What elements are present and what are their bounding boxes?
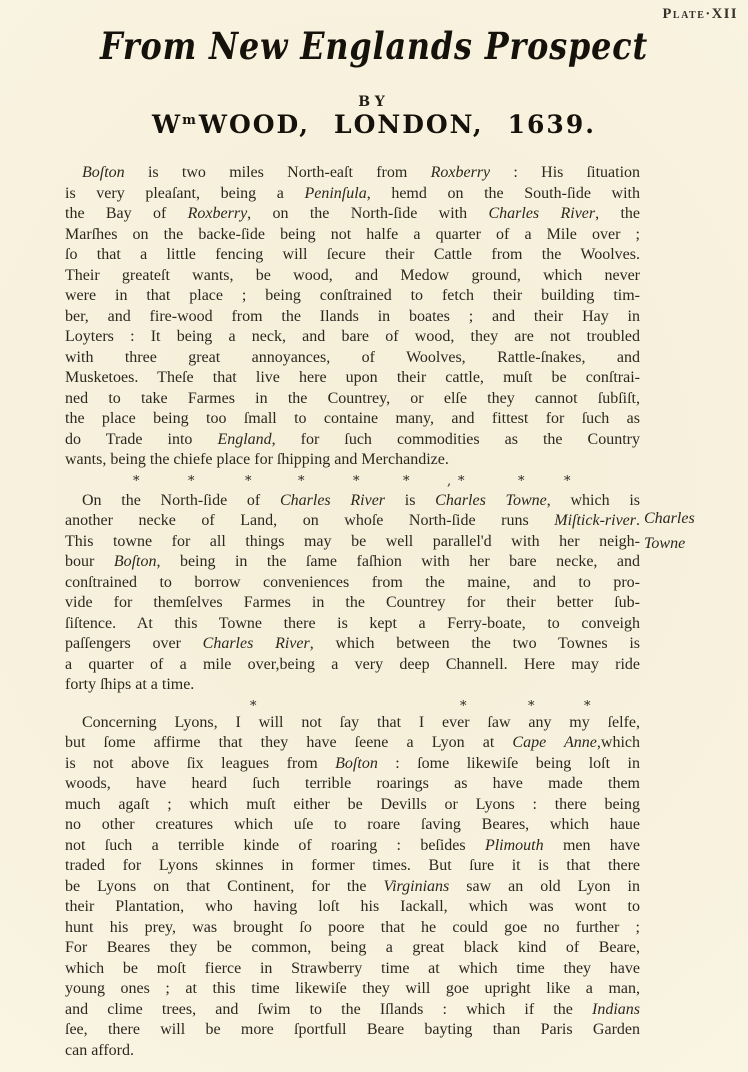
text-line: the Bay of Roxberry, on the North-ſide w… xyxy=(65,204,640,225)
asterisk-ornament: * xyxy=(518,472,525,493)
text-line: Their greateſt wants, be wood, and Medow… xyxy=(65,266,640,287)
text-line: ſiſtence. At this Towne there is kept a … xyxy=(65,614,640,635)
asterisk-ornament: * xyxy=(245,472,252,493)
text-line: young ones ; at this time likewiſe they … xyxy=(65,979,640,1000)
text-line: a quarter of a mile over,being a very de… xyxy=(65,655,640,676)
text-line: which be moſt fierce in Strawberry time … xyxy=(65,959,640,980)
publication-city: LONDON, xyxy=(334,110,484,139)
text-line: and clime trees, and ſwim to the Iſlands… xyxy=(65,1000,640,1021)
text-line: with three great annoyances, of Woolves,… xyxy=(65,348,640,369)
asterisk-ornament: * xyxy=(528,697,535,718)
text-line: Loyters : It being a neck, and bare of w… xyxy=(65,327,640,348)
text-line: do Trade into England, for ſuch commodit… xyxy=(65,430,640,451)
asterisk-separator: ******,*** xyxy=(65,471,640,491)
text-line: be Lyons on that Continent, for the Virg… xyxy=(65,877,640,898)
text-line: no other creatures which uſe to roare ſa… xyxy=(65,815,640,836)
text-line: another necke of Land, on whoſe North-ſi… xyxy=(65,511,640,532)
book-page: Plate·XII From New Englands Prospect BY … xyxy=(0,0,748,1072)
text-line: ber, and fire-wood from the Ilands in bo… xyxy=(65,307,640,328)
text-line: For Beares they be common, being a great… xyxy=(65,938,640,959)
asterisk-ornament: * xyxy=(353,472,360,493)
asterisk-separator: **** xyxy=(65,696,640,713)
author-initial: W xyxy=(152,110,182,139)
text-line: their Plantation, who having loſt his Ia… xyxy=(65,897,640,918)
paragraph: Boſton is two miles North-eaſt from Roxb… xyxy=(65,163,640,471)
asterisk-ornament: * xyxy=(298,472,305,493)
asterisk-ornament: * xyxy=(458,472,465,493)
asterisk-ornament: * xyxy=(584,697,591,718)
text-line: the place being too ſmall to containe ma… xyxy=(65,409,640,430)
text-line: On the North-ſide of Charles River is Ch… xyxy=(65,491,640,512)
text-line: Marſhes on the backe-ſide being not half… xyxy=(65,225,640,246)
byline: WmWOOD,LONDON,1639. xyxy=(0,110,748,139)
text-line: woods, have heard ſuch terrible roarings… xyxy=(65,774,640,795)
text-line: ſo that a little fencing will ſecure the… xyxy=(65,245,640,266)
plate-label: Plate·XII xyxy=(663,6,738,23)
text-line: much agaſt ; which muſt either be Devill… xyxy=(65,795,640,816)
text-line: ned to take Farmes in the Countrey, or e… xyxy=(65,389,640,410)
text-line: bour Boſton, being in the ſame faſhion w… xyxy=(65,552,640,573)
text-line: Musketoes. Theſe that live here upon the… xyxy=(65,368,640,389)
text-line: Concerning Lyons, I will not ſay that I … xyxy=(65,713,640,734)
text-line: hunt his prey, was brought ſo poore that… xyxy=(65,918,640,939)
text-line: but ſome affirme that they have ſeene a … xyxy=(65,733,640,754)
text-line: paſſengers over Charles River, which bet… xyxy=(65,634,640,655)
byline-prefix: BY xyxy=(0,94,748,110)
text-line: ſee, there will be more ſportfull Beare … xyxy=(65,1020,640,1041)
margin-note: Charles Towne xyxy=(644,506,744,556)
text-line: not ſuch a terrible kinde of roaring : b… xyxy=(65,836,640,857)
asterisk-ornament: * xyxy=(188,472,195,493)
asterisk-ornament: * xyxy=(133,472,140,493)
body-text: Boſton is two miles North-eaſt from Roxb… xyxy=(65,163,640,1061)
text-line: can afford. xyxy=(65,1041,640,1062)
asterisk-ornament: * xyxy=(564,472,571,493)
text-line: were in that place ; being conſtrained t… xyxy=(65,286,640,307)
margin-note-line: Charles xyxy=(644,506,744,531)
margin-note-line: Towne xyxy=(644,531,744,556)
asterisk-ornament: * xyxy=(460,697,467,718)
text-line: This towne for all things may be well pa… xyxy=(65,532,640,553)
paragraph: On the North-ſide of Charles River is Ch… xyxy=(65,491,640,696)
text-line: conſtrained to borrow conveniences from … xyxy=(65,573,640,594)
text-line: wants, being the chiefe place for ſhippi… xyxy=(65,450,640,471)
paragraph: Concerning Lyons, I will not ſay that I … xyxy=(65,713,640,1062)
text-line: forty ſhips at a time. xyxy=(65,675,640,696)
asterisk-ornament: * xyxy=(403,472,410,493)
text-line: vide for themſelves Farmes in the Countr… xyxy=(65,593,640,614)
page-title: From New Englands Prospect xyxy=(52,24,695,68)
asterisk-ornament: * xyxy=(250,697,257,718)
author-name: WOOD, xyxy=(199,110,310,139)
text-line: traded for Lyons skinnes in former times… xyxy=(65,856,640,877)
publication-year: 1639. xyxy=(508,110,596,139)
text-line: Boſton is two miles North-eaſt from Roxb… xyxy=(65,163,640,184)
asterisk-ornament: , xyxy=(447,472,451,493)
text-line: is not above ſix leagues from Boſton : ſ… xyxy=(65,754,640,775)
author-superscript: m xyxy=(182,113,198,128)
text-line: is very pleaſant, being a Peninſula, hem… xyxy=(65,184,640,205)
